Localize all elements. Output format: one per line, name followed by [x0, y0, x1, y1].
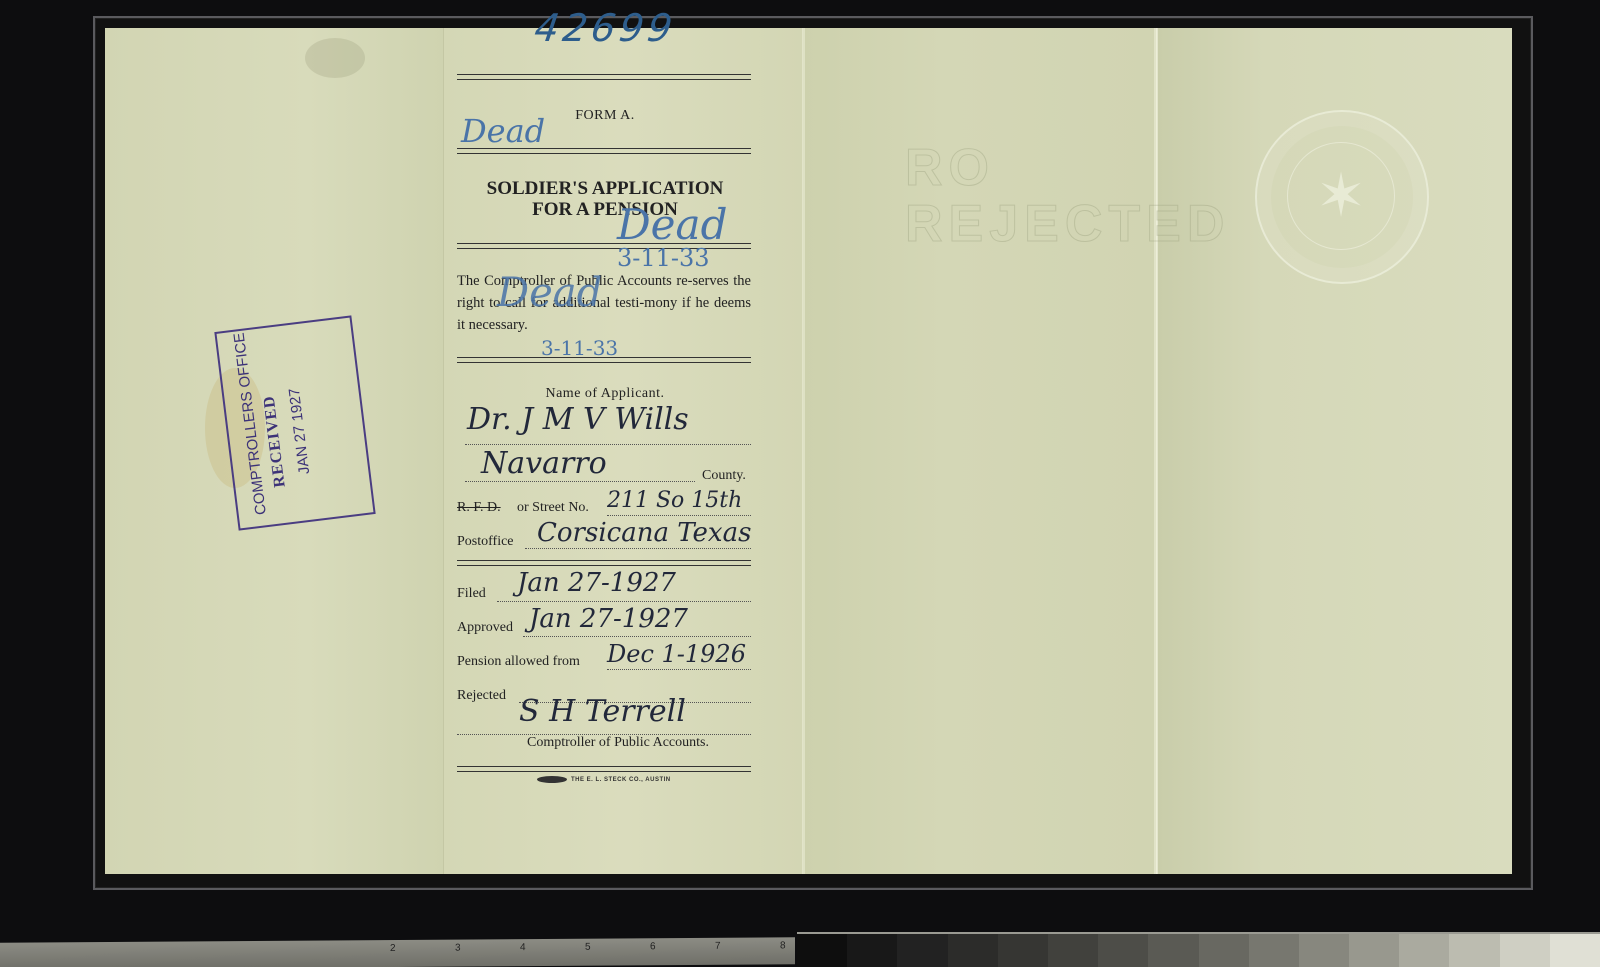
dotted-line [497, 601, 751, 602]
double-rule [457, 766, 751, 772]
star-icon: ✶ [1287, 142, 1395, 250]
name-label: Name of Applicant. [457, 386, 753, 402]
printer-imprint: THE E. L. STECK CO., AUSTIN [537, 776, 671, 783]
filed-label: Filed [457, 586, 486, 602]
pension-application-form: 42699 FORM A. Dead SOLDIER'S APPLICATION… [457, 0, 753, 846]
scale-ruler: 2 3 4 5 6 7 8 [0, 937, 795, 967]
embossed-seal: ✶ [1255, 110, 1429, 284]
dotted-line [465, 444, 751, 445]
county-label: County. [702, 468, 746, 484]
double-rule [457, 148, 751, 154]
double-rule [457, 74, 751, 80]
postoffice-label: Postoffice [457, 534, 514, 550]
annotation-dead: Dead [617, 200, 727, 249]
rfd-label: R. F. D. [457, 500, 501, 516]
file-number: 42699 [532, 6, 679, 50]
comptroller-signature: S H Terrell [519, 694, 686, 729]
dotted-line [607, 515, 751, 516]
approved-value: Jan 27-1927 [529, 604, 688, 634]
pension-allowed-label: Pension allowed from [457, 654, 580, 670]
grey-scale-target [797, 932, 1600, 967]
county-value: Navarro [481, 446, 607, 481]
fold-crease [802, 28, 805, 874]
double-rule [457, 560, 751, 566]
applicant-name: Dr. J M V Wills [467, 402, 689, 437]
annotation-dead: Dead [497, 270, 602, 316]
rejected-label: Rejected [457, 688, 506, 704]
dotted-line [525, 548, 751, 549]
double-rule [457, 357, 751, 363]
dotted-line [523, 636, 751, 637]
postoffice-value: Corsicana Texas [537, 518, 751, 548]
age-stain [305, 38, 365, 78]
death-date: 3-11-33 [617, 244, 710, 272]
dotted-line [607, 669, 751, 670]
annotation-dead: Dead [461, 112, 545, 150]
street-label: or Street No. [517, 500, 589, 516]
bleed-through-text: RO REJECTED [905, 140, 1230, 252]
signature-label: Comptroller of Public Accounts. [527, 735, 709, 751]
pension-allowed-value: Dec 1-1926 [607, 640, 746, 668]
dotted-line [465, 481, 695, 482]
approved-label: Approved [457, 620, 513, 636]
printer-logo-icon [537, 776, 567, 783]
received-stamp: COMPTROLLERS OFFICE RECEIVED JAN 27 1927 [214, 315, 375, 530]
filed-value: Jan 27-1927 [517, 568, 676, 598]
street-value: 211 So 15th [607, 488, 742, 513]
